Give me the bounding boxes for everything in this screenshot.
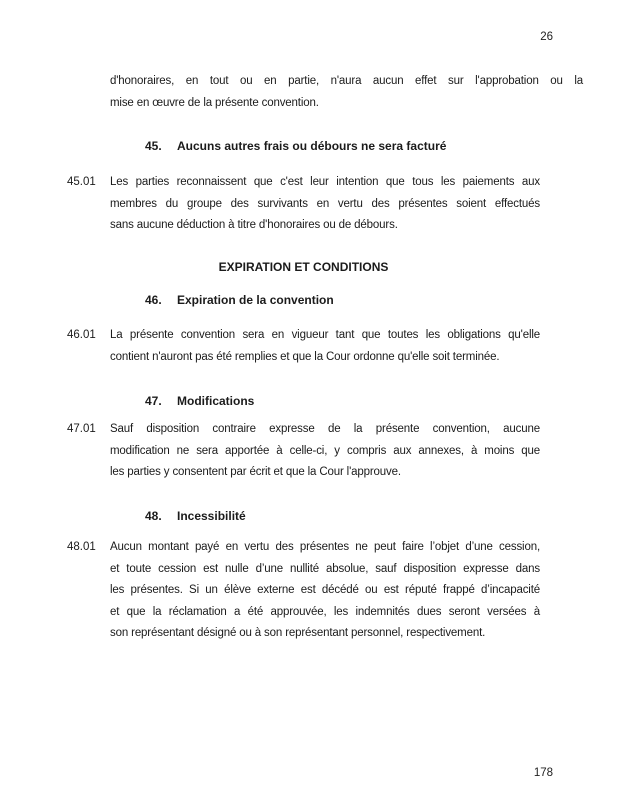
- text-line: les présentes. Si un élève externe est d…: [110, 580, 540, 602]
- text-line: d'honoraires, en tout ou en partie, n'au…: [110, 71, 583, 93]
- page-number-top: 26: [67, 29, 553, 45]
- paragraph-number: 45.01: [67, 172, 110, 194]
- paragraph-text: Sauf disposition contraire expresse de l…: [110, 419, 540, 484]
- paragraph-46-01: 46.01 La présente convention sera en vig…: [67, 325, 540, 368]
- paragraph-47-01: 47.01 Sauf disposition contraire express…: [67, 419, 540, 484]
- text-line: Les parties reconnaissent que c'est leur…: [110, 172, 540, 194]
- paragraph-48-01: 48.01 Aucun montant payé en vertu des pr…: [67, 537, 540, 645]
- paragraph-text: Les parties reconnaissent que c'est leur…: [110, 172, 540, 237]
- paragraph-text: La présente convention sera en vigueur t…: [110, 325, 540, 368]
- heading-title: Aucuns autres frais ou débours ne sera f…: [177, 136, 446, 158]
- paragraph-text: Aucun montant payé en vertu des présente…: [110, 537, 540, 645]
- text-line: et toute cession est nulle d’une nullité…: [110, 559, 540, 581]
- heading-47: 47. Modifications: [67, 391, 618, 413]
- heading-number: 45.: [145, 136, 177, 158]
- heading-45: 45. Aucuns autres frais ou débours ne se…: [67, 136, 618, 158]
- heading-title: Modifications: [177, 391, 254, 413]
- heading-number: 46.: [145, 290, 177, 312]
- heading-title: Expiration de la convention: [177, 290, 334, 312]
- text-line: Aucun montant payé en vertu des présente…: [110, 537, 540, 559]
- paragraph-number: 48.01: [67, 537, 110, 559]
- paragraph-45-01: 45.01 Les parties reconnaissent que c'es…: [67, 172, 540, 237]
- text-line: son représentant désigné ou à son représ…: [110, 623, 540, 645]
- paragraph-number: 47.01: [67, 419, 110, 441]
- text-line: modification ne sera apportée à celle-ci…: [110, 441, 540, 463]
- text-line: Sauf disposition contraire expresse de l…: [110, 419, 540, 441]
- text-line: sans aucune déduction à titre d'honorair…: [110, 215, 540, 237]
- text-line: les parties y consentent par écrit et qu…: [110, 462, 540, 484]
- continuation-paragraph: d'honoraires, en tout ou en partie, n'au…: [67, 71, 583, 114]
- heading-46: 46. Expiration de la convention: [67, 290, 618, 312]
- text-line: contient n'auront pas été remplies et qu…: [110, 347, 540, 369]
- text-line: mise en œuvre de la présente convention.: [110, 93, 583, 115]
- document-page: 26 d'honoraires, en tout ou en partie, n…: [0, 0, 624, 806]
- page-number-bottom: 178: [67, 765, 553, 781]
- text-line: La présente convention sera en vigueur t…: [110, 325, 540, 347]
- section-header: EXPIRATION ET CONDITIONS: [67, 257, 540, 279]
- heading-number: 48.: [145, 506, 177, 528]
- heading-48: 48. Incessibilité: [67, 506, 618, 528]
- paragraph-number: 46.01: [67, 325, 110, 347]
- heading-title: Incessibilité: [177, 506, 246, 528]
- heading-number: 47.: [145, 391, 177, 413]
- text-line: et que la réclamation a été approuvée, l…: [110, 602, 540, 624]
- text-line: membres du groupe des survivants en vert…: [110, 194, 540, 216]
